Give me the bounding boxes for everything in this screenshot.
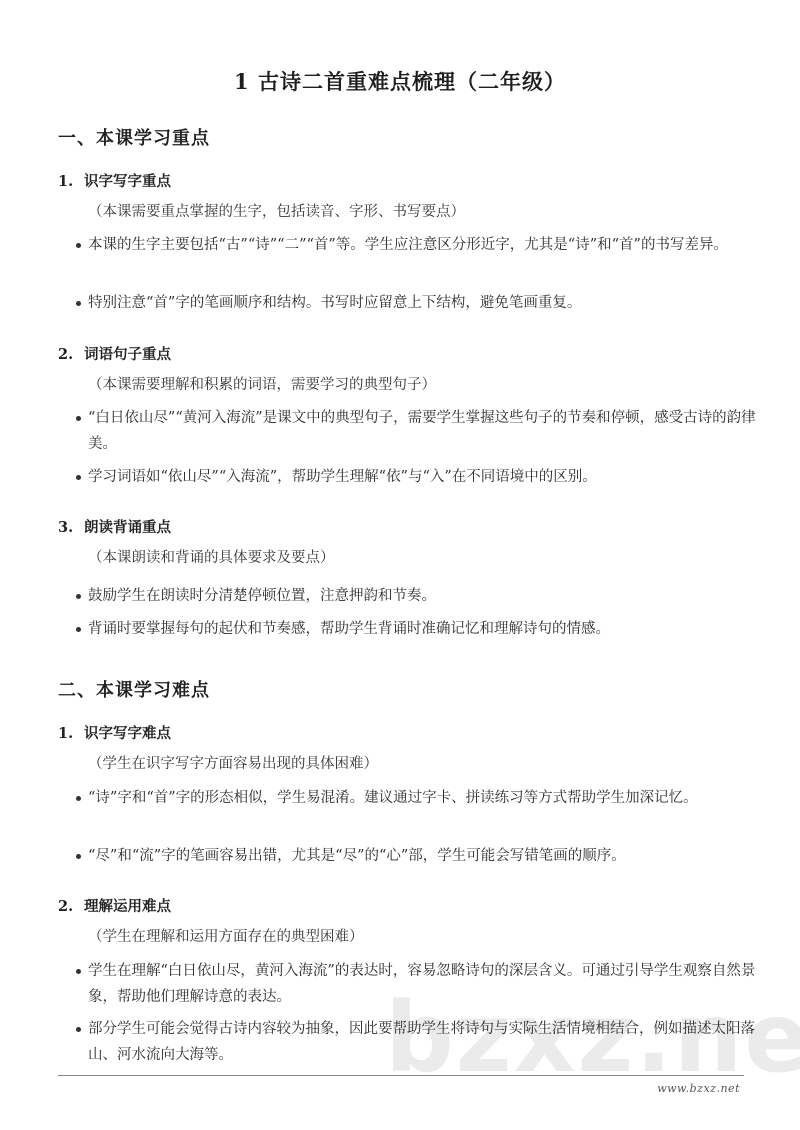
bullet-icon [76,416,81,421]
list-item: 背诵时要掌握每句的起伏和节奏感，帮助学生背诵时准确记忆和理解诗句的情感。 [76,616,756,642]
bullet-icon [76,969,81,974]
bullet-icon [76,1027,81,1032]
list-item-text: 学习词语如“依山尽”“入海流”，帮助学生理解“依”与“入”在不同语境中的区别。 [76,464,756,490]
subsection-title: 词语句子重点 [84,347,171,363]
list-item-text: “诗”字和“首”字的形态相似，学生易混淆。建议通过字卡、拼读练习等方式帮助学生加… [76,785,756,811]
list-item: 特别注意“首”字的笔画顺序和结构。书写时应留意上下结构，避免笔画重复。 [76,290,756,316]
bullet-icon [76,854,81,859]
subsection-number: 1. [58,725,84,742]
bullet-icon [76,243,81,248]
list-item-text: 学生在理解“白日依山尽，黄河入海流”的表达时，容易忽略诗句的深层含义。可通过引导… [76,958,756,1010]
document-page: bzxz.net 1 古诗二首重难点梳理（二年级） 一、本课学习重点 1.识字写… [0,0,800,1130]
list-item-text: “白日依山尽”“黄河入海流”是课文中的典型句子，需要学生掌握这些句子的节奏和停顿… [76,405,756,457]
list-item-text: 特别注意“首”字的笔画顺序和结构。书写时应留意上下结构，避免笔画重复。 [76,290,756,316]
list-item: “诗”字和“首”字的形态相似，学生易混淆。建议通过字卡、拼读练习等方式帮助学生加… [76,785,756,811]
document-content: 1 古诗二首重难点梳理（二年级） 一、本课学习重点 1.识字写字重点 （本课需要… [0,0,800,1130]
subsection-number: 2. [58,346,84,363]
list-item: 学习词语如“依山尽”“入海流”，帮助学生理解“依”与“入”在不同语境中的区别。 [76,464,756,490]
subsection-note: （本课需要重点掌握的生字，包括读音、字形、书写要点） [88,200,465,221]
list-item-text: 本课的生字主要包括“古”“诗”“二”“首”等。学生应注意区分形近字，尤其是“诗”… [76,232,756,258]
list-item: 鼓励学生在朗读时分清楚停顿位置，注意押韵和节奏。 [76,583,756,609]
section-heading-key-points: 一、本课学习重点 [58,124,210,150]
subsection-heading: 2.词语句子重点 [58,343,171,364]
subsection-title: 理解运用难点 [84,899,171,915]
subsection-title: 识字写字重点 [84,174,171,190]
section-heading-difficulties: 二、本课学习难点 [58,676,210,702]
list-item-text: 鼓励学生在朗读时分清楚停顿位置，注意押韵和节奏。 [76,583,756,609]
subsection-note: （本课朗读和背诵的具体要求及要点） [88,546,335,567]
page-title: 1 古诗二首重难点梳理（二年级） [0,66,800,96]
list-item-text: 背诵时要掌握每句的起伏和节奏感，帮助学生背诵时准确记忆和理解诗句的情感。 [76,616,756,642]
list-item: “尽”和“流”字的笔画容易出错，尤其是“尽”的“心”部，学生可能会写错笔画的顺序… [76,843,756,869]
list-item: 部分学生可能会觉得古诗内容较为抽象，因此要帮助学生将诗句与实际生活情境相结合，例… [76,1016,756,1068]
bullet-icon [76,475,81,480]
subsection-heading: 1.识字写字重点 [58,170,171,191]
list-item-text: 部分学生可能会觉得古诗内容较为抽象，因此要帮助学生将诗句与实际生活情境相结合，例… [76,1016,756,1068]
subsection-note: （本课需要理解和积累的词语，需要学习的典型句子） [88,373,436,394]
subsection-title: 朗读背诵重点 [84,520,171,536]
bullet-icon [76,796,81,801]
subsection-heading: 3.朗读背诵重点 [58,516,171,537]
subsection-note: （学生在识字写字方面容易出现的具体困难） [88,752,378,773]
bullet-icon [76,627,81,632]
subsection-number: 1. [58,173,84,190]
subsection-number: 2. [58,898,84,915]
list-item: 本课的生字主要包括“古”“诗”“二”“首”等。学生应注意区分形近字，尤其是“诗”… [76,232,756,258]
list-item: 学生在理解“白日依山尽，黄河入海流”的表达时，容易忽略诗句的深层含义。可通过引导… [76,958,756,1010]
footer-url: www.bzxz.net [657,1082,740,1095]
subsection-heading: 1.识字写字难点 [58,722,171,743]
list-item: “白日依山尽”“黄河入海流”是课文中的典型句子，需要学生掌握这些句子的节奏和停顿… [76,405,756,457]
footer-divider [58,1075,744,1076]
subsection-title: 识字写字难点 [84,726,171,742]
bullet-icon [76,594,81,599]
subsection-note: （学生在理解和运用方面存在的典型困难） [88,925,364,946]
subsection-heading: 2.理解运用难点 [58,895,171,916]
subsection-number: 3. [58,519,84,536]
bullet-icon [76,301,81,306]
list-item-text: “尽”和“流”字的笔画容易出错，尤其是“尽”的“心”部，学生可能会写错笔画的顺序… [76,843,756,869]
